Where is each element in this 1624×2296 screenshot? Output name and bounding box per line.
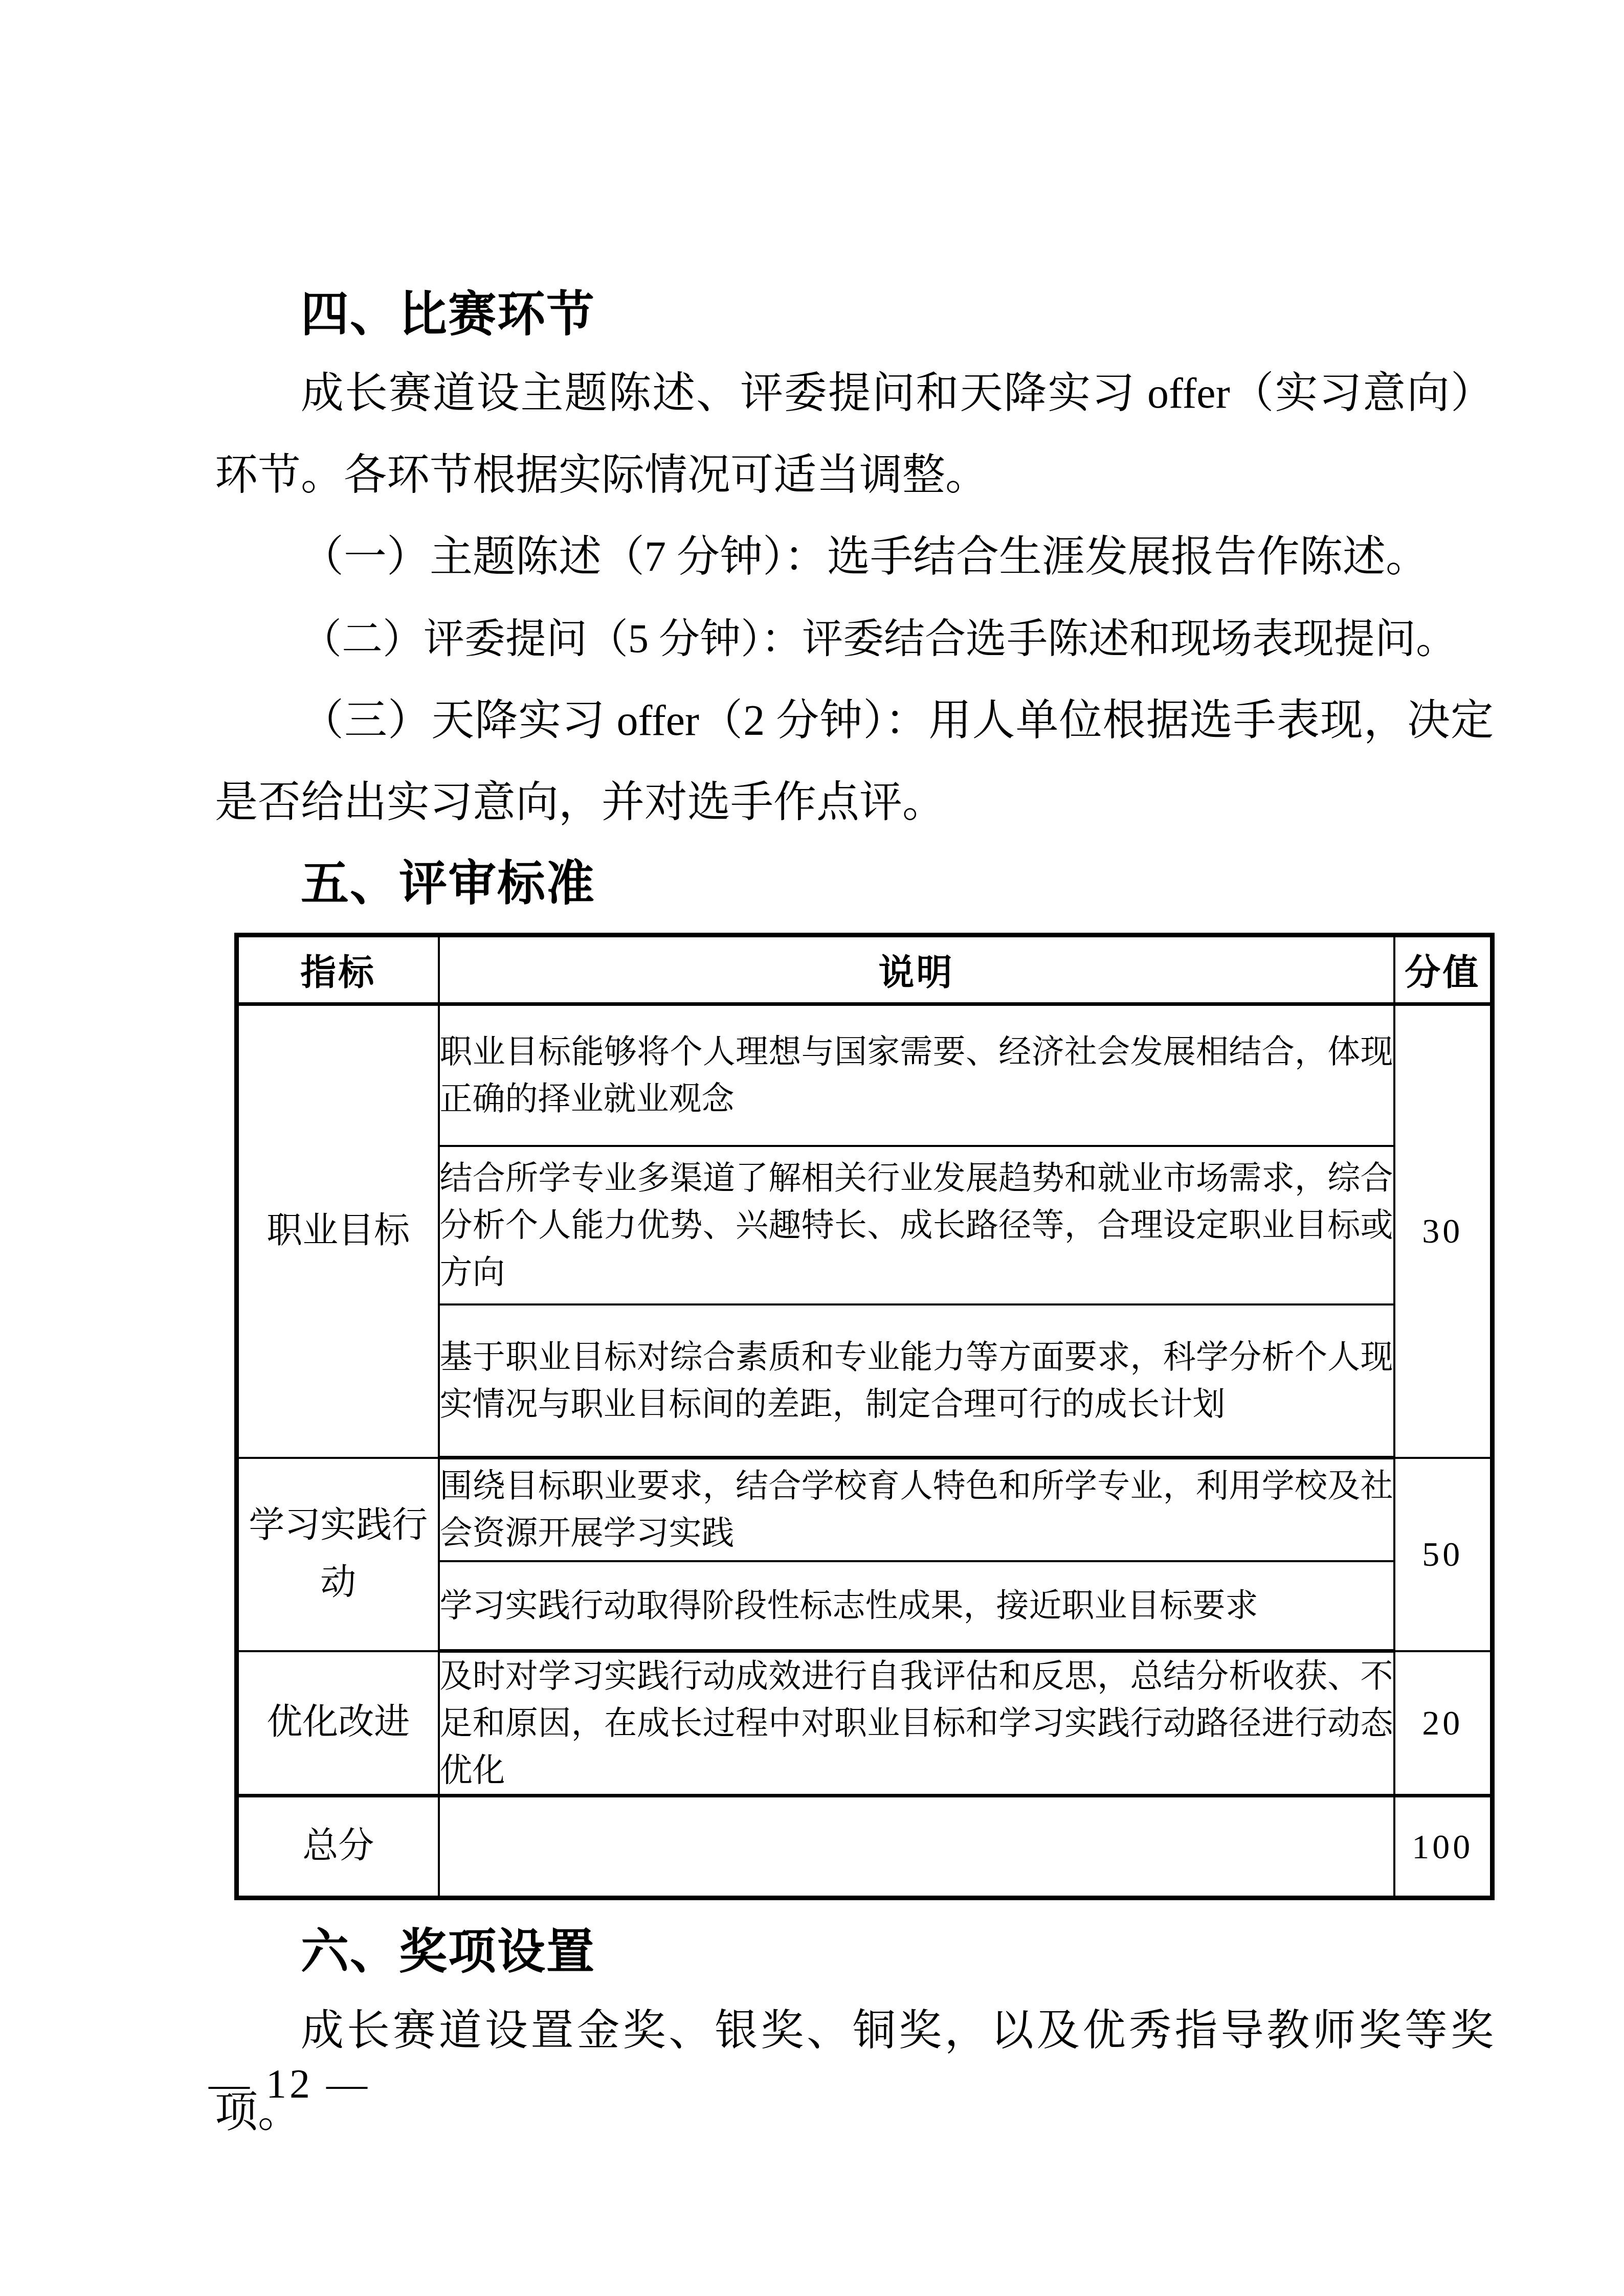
table-header-row: 指标 说明 分值	[237, 935, 1493, 1004]
column-header-description: 说明	[439, 935, 1394, 1004]
table-row: 优化改进 及时对学习实践行动成效进行自我评估和反思，总结分析收获、不足和原因，在…	[237, 1651, 1493, 1796]
description-total-empty	[439, 1796, 1394, 1898]
section-6-paragraph: 成长赛道设置金奖、银奖、铜奖，以及优秀指导教师奖等奖项。	[215, 1990, 1494, 2154]
section-4-item-1: （一）主题陈述（7 分钟）：选手结合生涯发展报告作陈述。	[215, 516, 1494, 598]
indicator-career-goal: 职业目标	[237, 1004, 439, 1458]
column-header-score: 分值	[1394, 935, 1493, 1004]
page-content: 四、比赛环节 成长赛道设主题陈述、评委提问和天降实习 offer（实习意向）环节…	[215, 276, 1494, 2154]
section-4-heading: 四、比赛环节	[215, 276, 1494, 353]
document-page: 四、比赛环节 成长赛道设主题陈述、评委提问和天降实习 offer（实习意向）环节…	[0, 0, 1624, 2296]
scoring-table: 指标 说明 分值 职业目标 职业目标能够将个人理想与国家需要、经济社会发展相结合…	[234, 933, 1495, 1900]
section-4-paragraph: 成长赛道设主题陈述、评委提问和天降实习 offer（实习意向）环节。各环节根据实…	[215, 353, 1494, 516]
description-optimization: 及时对学习实践行动成效进行自我评估和反思，总结分析收获、不足和原因，在成长过程中…	[439, 1651, 1394, 1796]
section-4-item-3: （三）天降实习 offer（2 分钟）：用人单位根据选手表现，决定是否给出实习意…	[215, 680, 1494, 844]
section-4-item-2: （二）评委提问（5 分钟）：评委结合选手陈述和现场表现提问。	[215, 598, 1494, 680]
table-row: 学习实践行动 围绕目标职业要求，结合学校育人特色和所学专业，利用学校及社会资源开…	[237, 1458, 1493, 1561]
description-learning-practice-1: 围绕目标职业要求，结合学校育人特色和所学专业，利用学校及社会资源开展学习实践	[439, 1458, 1394, 1561]
column-header-indicator: 指标	[237, 935, 439, 1004]
indicator-total: 总分	[237, 1796, 439, 1898]
table-row: 职业目标 职业目标能够将个人理想与国家需要、经济社会发展相结合，体现正确的择业就…	[237, 1004, 1493, 1146]
section-5-heading: 五、评审标准	[215, 848, 1494, 919]
description-career-goal-3: 基于职业目标对综合素质和专业能力等方面要求，科学分析个人现实情况与职业目标间的差…	[439, 1304, 1394, 1458]
table-row: 总分 100	[237, 1796, 1493, 1898]
score-total: 100	[1394, 1796, 1493, 1898]
score-career-goal: 30	[1394, 1004, 1493, 1458]
description-career-goal-2: 结合所学专业多渠道了解相关行业发展趋势和就业市场需求，综合分析个人能力优势、兴趣…	[439, 1146, 1394, 1304]
indicator-optimization: 优化改进	[237, 1651, 439, 1796]
indicator-learning-practice: 学习实践行动	[237, 1458, 439, 1651]
description-learning-practice-2: 学习实践行动取得阶段性标志性成果，接近职业目标要求	[439, 1561, 1394, 1651]
score-optimization: 20	[1394, 1651, 1493, 1796]
description-career-goal-1: 职业目标能够将个人理想与国家需要、经济社会发展相结合，体现正确的择业就业观念	[439, 1004, 1394, 1146]
page-number: — 12 —	[209, 2060, 370, 2109]
score-learning-practice: 50	[1394, 1458, 1493, 1651]
section-6-heading: 六、奖项设置	[215, 1914, 1494, 1990]
